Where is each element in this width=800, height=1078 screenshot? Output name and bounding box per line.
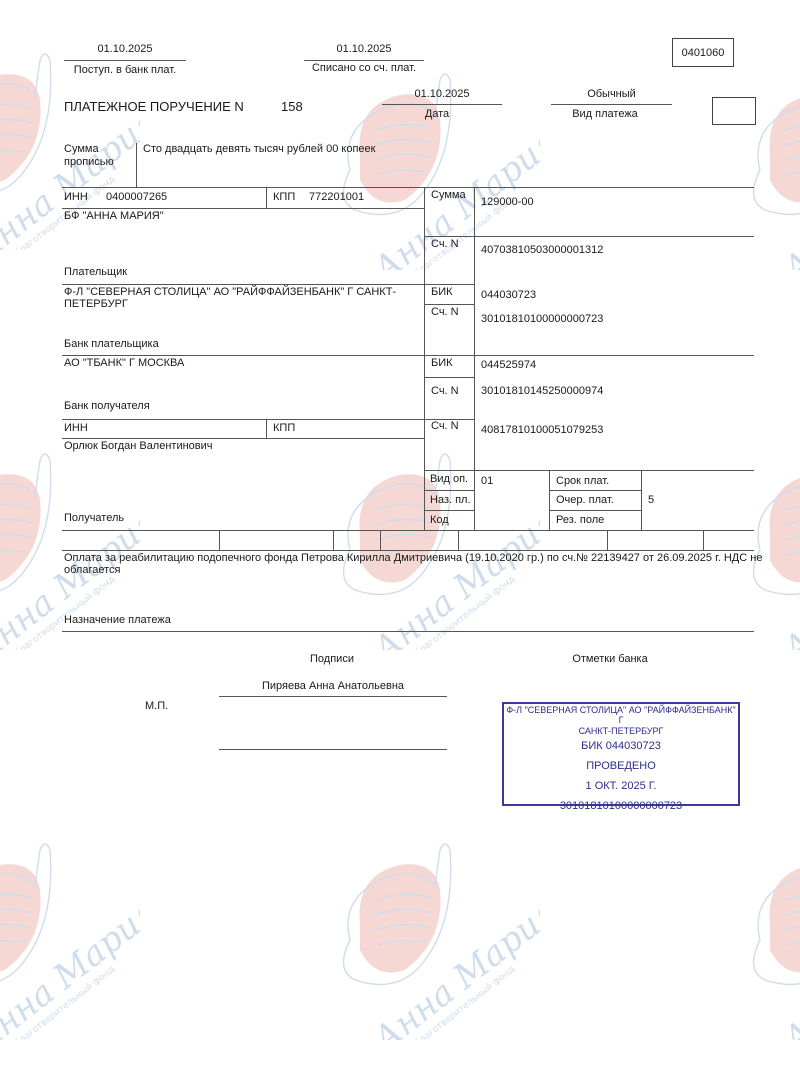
divider	[458, 530, 459, 550]
code-label: Код	[430, 514, 449, 527]
payee-name: Орлюк Богдан Валентинович	[64, 440, 213, 453]
payer-bank-bik-label: БИК	[431, 286, 453, 299]
stamp-date: 1 ОКТ. 2025 Г.	[504, 776, 738, 796]
divider	[382, 104, 502, 105]
payee-account: 40817810100051079253	[481, 424, 603, 437]
document-number: 158	[281, 99, 303, 114]
divider	[474, 187, 475, 530]
payer-inn: 0400007265	[106, 191, 167, 204]
svg-text:благотворительный фонд: благотворительный фонд	[414, 964, 517, 1040]
payee-bank-account: 30101810145250000974	[481, 385, 603, 398]
divider	[424, 304, 474, 305]
debited-label: Списано со сч. плат.	[304, 62, 424, 75]
payer-bank-account: 30101810100000000723	[481, 313, 603, 326]
divider	[62, 530, 754, 531]
divider	[62, 438, 424, 439]
divider	[62, 208, 424, 209]
empty-code-box	[712, 97, 756, 125]
reserve-label: Рез. поле	[556, 514, 604, 527]
stamp-account: 30101810100000000723	[504, 796, 738, 816]
divider	[266, 187, 267, 208]
divider	[266, 419, 267, 438]
payee-bank-bik: 044525974	[481, 359, 536, 372]
divider	[549, 470, 550, 530]
payment-type: Обычный	[551, 88, 672, 101]
amount-words-label-2: прописью	[64, 156, 114, 169]
payee-bank-bik-label: БИК	[431, 357, 453, 370]
signature-line	[219, 696, 447, 697]
divider	[424, 187, 425, 530]
priority: 5	[648, 494, 654, 507]
payee-account-label: Сч. N	[431, 420, 459, 433]
svg-text:Анна Мария: Анна Мария	[774, 121, 800, 270]
foundation-logo-watermark: Анна Марияблаготворительный фонд	[730, 830, 800, 1043]
payer-bank-name-2: ПЕТЕРБУРГ	[64, 298, 128, 311]
form-code-box: 0401060	[672, 38, 734, 67]
op-type: 01	[481, 475, 493, 488]
payer-account: 40703810503000001312	[481, 244, 603, 257]
foundation-logo-watermark: Анна Марияблаготворительный фонд	[730, 440, 800, 653]
purpose-line-2: облагается	[64, 564, 120, 577]
svg-text:Анна Мария: Анна Мария	[774, 501, 800, 650]
form-code: 0401060	[673, 47, 733, 60]
purpose-code-label: Наз. пл.	[430, 494, 471, 507]
divider	[549, 490, 641, 491]
received-label: Поступ. в банк плат.	[64, 64, 186, 77]
svg-text:Анна Мария: Анна Мария	[0, 891, 140, 1040]
amount-words-value: Сто двадцать девять тысяч рублей 00 копе…	[143, 143, 375, 156]
debited-date: 01.10.2025	[304, 43, 424, 56]
divider	[333, 530, 334, 550]
divider	[136, 143, 137, 187]
stamp-bank-line-2: САНКТ-ПЕТЕРБУРГ	[504, 726, 738, 736]
divider	[424, 236, 754, 237]
foundation-logo-watermark: Анна Марияблаготворительный фонд	[0, 830, 140, 1043]
payer-kpp-label: КПП	[273, 191, 295, 204]
payee-bank-label: Банк получателя	[64, 400, 150, 413]
document-title: ПЛАТЕЖНОЕ ПОРУЧЕНИЕ N	[64, 99, 244, 114]
due-label: Срок плат.	[556, 475, 609, 488]
stamp-place: М.П.	[145, 700, 168, 713]
svg-text:Анна Мария: Анна Мария	[774, 891, 800, 1040]
divider	[62, 631, 754, 632]
payee-inn-label: ИНН	[64, 422, 88, 435]
payer-bank-bik: 044030723	[481, 289, 536, 302]
svg-text:благотворительный фонд: благотворительный фонд	[414, 574, 517, 650]
priority-label: Очер. плат.	[556, 494, 614, 507]
payer-bank-account-label: Сч. N	[431, 306, 459, 319]
payer-kpp: 772201001	[309, 191, 364, 204]
signer-name: Пиряева Анна Анатольевна	[219, 680, 447, 693]
bank-marks-title: Отметки банка	[550, 653, 670, 666]
bank-stamp: Ф-Л "СЕВЕРНАЯ СТОЛИЦА" АО "РАЙФФАЙЗЕНБАН…	[502, 702, 740, 806]
amount-words-label-1: Сумма	[64, 143, 99, 156]
svg-text:Анна Мария: Анна Мария	[0, 101, 140, 250]
payee-bank-name: АО "ТБАНК" Г МОСКВА	[64, 357, 184, 370]
signature-line	[219, 749, 447, 750]
divider	[62, 187, 754, 188]
divider	[424, 470, 754, 471]
payee-kpp-label: КПП	[273, 422, 295, 435]
divider	[424, 490, 474, 491]
payer-inn-label: ИНН	[64, 191, 88, 204]
date-label: Дата	[382, 108, 492, 121]
divider	[703, 530, 704, 550]
amount-label: Сумма	[431, 189, 466, 202]
received-date: 01.10.2025	[64, 43, 186, 56]
divider	[219, 530, 220, 550]
foundation-logo-watermark: Анна Марияблаготворительный фонд	[320, 440, 540, 653]
signatures-title: Подписи	[272, 653, 392, 666]
payment-type-label: Вид платежа	[551, 108, 659, 121]
divider	[304, 60, 424, 61]
svg-text:благотворительный фонд: благотворительный фонд	[14, 574, 117, 650]
payee-bank-account-label: Сч. N	[431, 385, 459, 398]
purpose-line-1: Оплата за реабилитацию подопечного фонда…	[64, 552, 762, 565]
stamp-status: ПРОВЕДЕНО	[504, 756, 738, 776]
stamp-bik: БИК 044030723	[504, 736, 738, 756]
divider	[549, 510, 641, 511]
divider	[551, 104, 672, 105]
svg-text:Анна Мария: Анна Мария	[364, 891, 540, 1040]
op-type-label: Вид оп.	[430, 473, 468, 486]
divider	[607, 530, 608, 550]
divider	[62, 550, 754, 551]
stamp-bank-line-1: Ф-Л "СЕВЕРНАЯ СТОЛИЦА" АО "РАЙФФАЙЗЕНБАН…	[504, 705, 738, 725]
purpose-label: Назначение платежа	[64, 614, 171, 627]
foundation-logo-watermark: Анна Марияблаготворительный фонд	[730, 60, 800, 273]
payer-name: БФ "АННА МАРИЯ"	[64, 210, 164, 223]
divider	[62, 419, 474, 420]
payer-label: Плательщик	[64, 266, 127, 279]
divider	[62, 284, 474, 285]
divider	[62, 355, 754, 356]
foundation-logo-watermark: Анна Марияблаготворительный фонд	[320, 830, 540, 1043]
payer-bank-label: Банк плательщика	[64, 338, 159, 351]
svg-text:благотворительный фонд: благотворительный фонд	[14, 964, 117, 1040]
divider	[424, 510, 474, 511]
svg-text:Анна Мария: Анна Мария	[364, 501, 540, 650]
payer-account-label: Сч. N	[431, 238, 459, 251]
divider	[641, 470, 642, 530]
payee-label: Получатель	[64, 512, 124, 525]
document-date: 01.10.2025	[382, 88, 502, 101]
divider	[424, 377, 474, 378]
divider	[64, 60, 186, 61]
amount-value: 129000-00	[481, 196, 534, 209]
divider	[380, 530, 381, 550]
